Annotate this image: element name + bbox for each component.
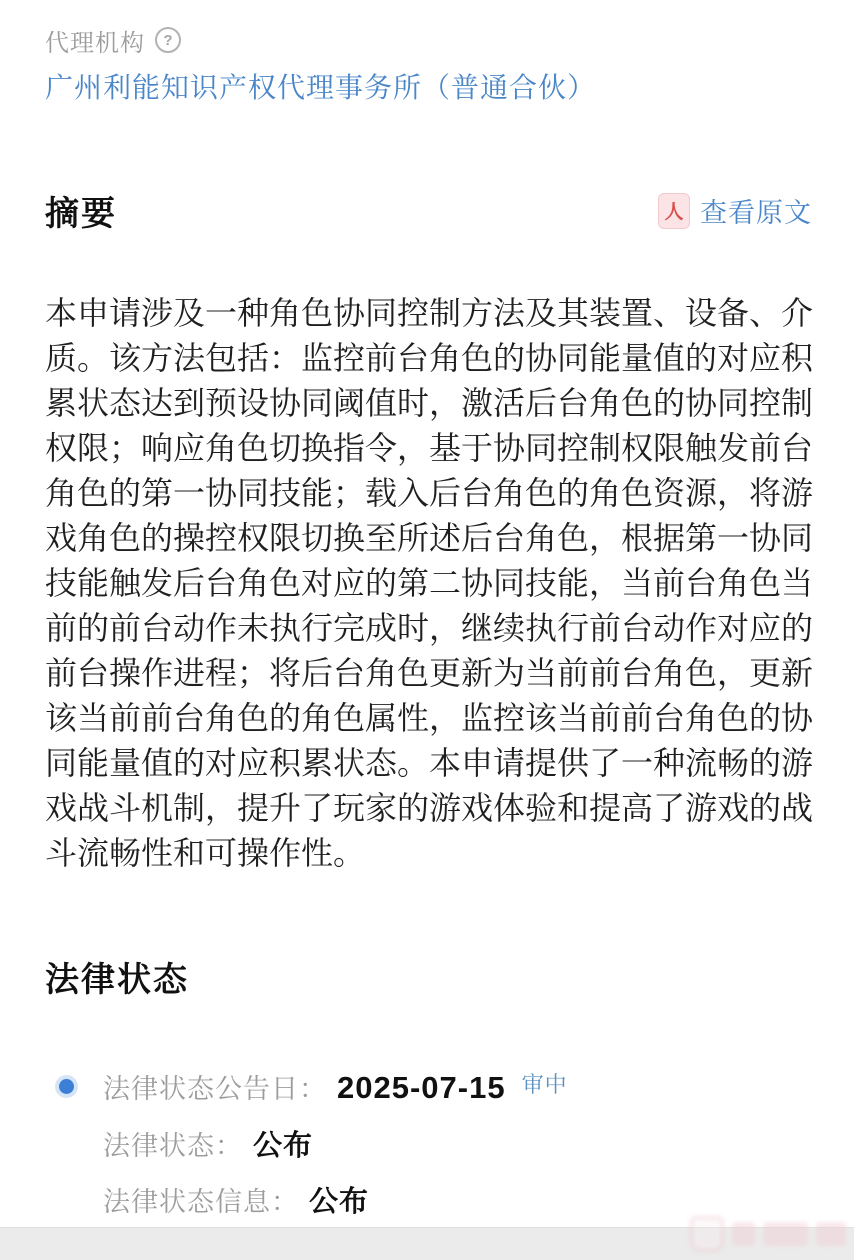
agency-label: 代理机构 xyxy=(45,23,145,58)
legal-label: 法律状态公告日： xyxy=(103,1067,327,1106)
page-content: 代理机构 ? 广州利能知识产权代理事务所（普通合伙） 摘要 人 查看原文 本申请… xyxy=(0,0,854,1221)
watermark-logo-icon xyxy=(690,1216,724,1252)
watermark xyxy=(690,1214,846,1254)
abstract-title: 摘要 xyxy=(45,186,117,235)
help-question-icon[interactable]: ? xyxy=(155,27,181,53)
status-badge: 审中 xyxy=(522,1068,568,1099)
watermark-text-blur xyxy=(816,1222,846,1246)
patent-detail-page: 代理机构 ? 广州利能知识产权代理事务所（普通合伙） 摘要 人 查看原文 本申请… xyxy=(0,0,854,1260)
timeline-bullet-icon xyxy=(59,1079,74,1094)
abstract-text: 本申请涉及一种角色协同控制方法及其装置、设备、介质。该方法包括：监控前台角色的协… xyxy=(45,291,813,876)
abstract-header: 摘要 人 查看原文 xyxy=(45,186,812,235)
legal-status-list: 法律状态公告日： 2025-07-15 审中 法律状态： 公布 法律状态信息： … xyxy=(45,1067,812,1221)
legal-status-row-announce-date: 法律状态公告日： 2025-07-15 审中 xyxy=(45,1067,812,1109)
view-original-label: 查看原文 xyxy=(700,191,812,230)
legal-value: 公布 xyxy=(309,1179,369,1220)
legal-label: 法律状态信息： xyxy=(103,1180,299,1219)
agency-name-link[interactable]: 广州利能知识产权代理事务所（普通合伙） xyxy=(45,66,812,106)
legal-value: 公布 xyxy=(253,1123,313,1164)
watermark-text-blur xyxy=(732,1222,756,1246)
watermark-text-blur xyxy=(763,1222,808,1246)
legal-label: 法律状态： xyxy=(103,1124,243,1163)
legal-status-row-status: 法律状态： 公布 xyxy=(45,1123,812,1165)
agency-label-row: 代理机构 ? xyxy=(45,24,812,56)
view-original-link[interactable]: 人 查看原文 xyxy=(658,191,812,230)
legal-status-title: 法律状态 xyxy=(45,952,812,1001)
legal-value-date: 2025-07-15 xyxy=(337,1070,506,1106)
pdf-icon: 人 xyxy=(658,193,690,229)
